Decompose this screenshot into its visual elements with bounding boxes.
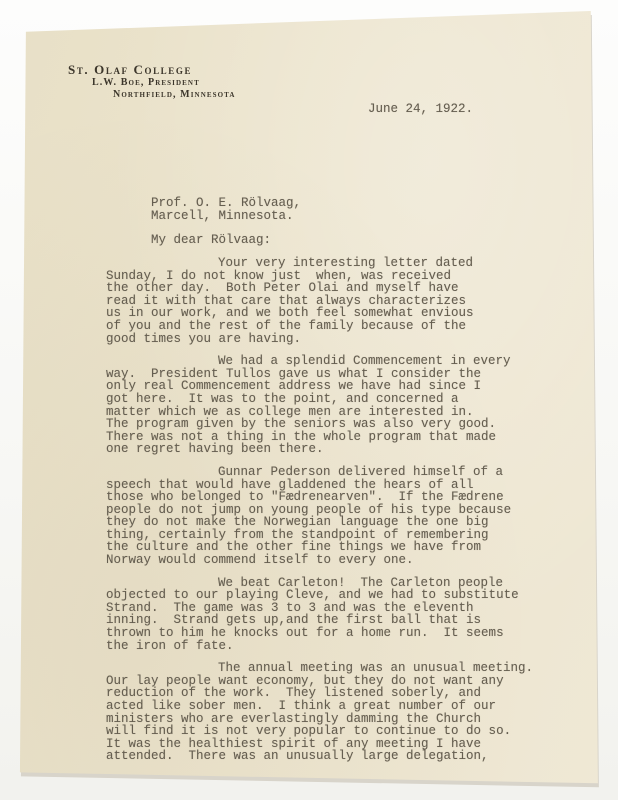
paragraph-2: We had a splendid Commencement in every … — [106, 355, 552, 456]
paragraph-3: Gunnar Pederson delivered himself of a s… — [106, 466, 552, 567]
letter-body: Your very interesting letter dated Sunda… — [106, 257, 552, 773]
paragraph-1: Your very interesting letter dated Sunda… — [106, 257, 552, 345]
letter-date: June 24, 1922. — [368, 103, 473, 116]
scan-background: St. Olaf College L.W. Boe, President Nor… — [0, 0, 618, 800]
paragraph-5: The annual meeting was an unusual meetin… — [106, 662, 552, 763]
letterhead-location: Northfield, Minnesota — [113, 89, 236, 100]
letterhead-college-name: St. Olaf College — [68, 62, 192, 78]
salutation: My dear Rölvaag: — [151, 234, 271, 247]
letter-page: St. Olaf College L.W. Boe, President Nor… — [14, 6, 608, 788]
paragraph-4: We beat Carleton! The Carleton people ob… — [106, 577, 552, 653]
letterhead-president-name: L.W. Boe, President — [92, 77, 200, 88]
recipient-address: Prof. O. E. Rölvaag, Marcell, Minnesota. — [151, 197, 301, 222]
